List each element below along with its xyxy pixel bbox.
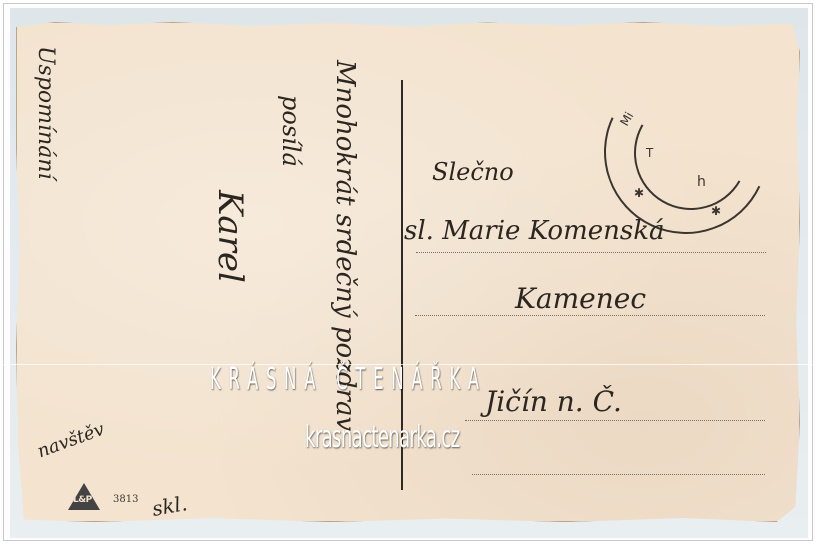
postmark-star-icon: ✱ — [634, 186, 644, 200]
address-line-4 — [472, 474, 765, 475]
publisher-logo-text: L&P — [73, 495, 92, 505]
postmark-text-3: h — [697, 174, 706, 190]
margin-note: Uspomínání — [33, 46, 58, 180]
postmark-text-2: T — [646, 146, 653, 160]
watermark-url: krasnactenarka.cz — [305, 420, 460, 455]
watermark-title: KRÁSNÁ ČTENÁŘKA — [210, 362, 628, 397]
address-line-1 — [416, 252, 766, 253]
postmark-star-icon: ✱ — [711, 204, 721, 218]
publisher-number: 3813 — [113, 494, 138, 505]
address-line-3 — [465, 420, 765, 421]
address-line-2 — [415, 315, 765, 316]
address-name: sl. Marie Komenská — [404, 216, 664, 246]
address-line-2-text: Kamenec — [515, 282, 646, 315]
address-salutation: Slečno — [432, 158, 514, 186]
signature: Karel — [210, 190, 250, 283]
message-line-2: posílá — [277, 95, 305, 167]
